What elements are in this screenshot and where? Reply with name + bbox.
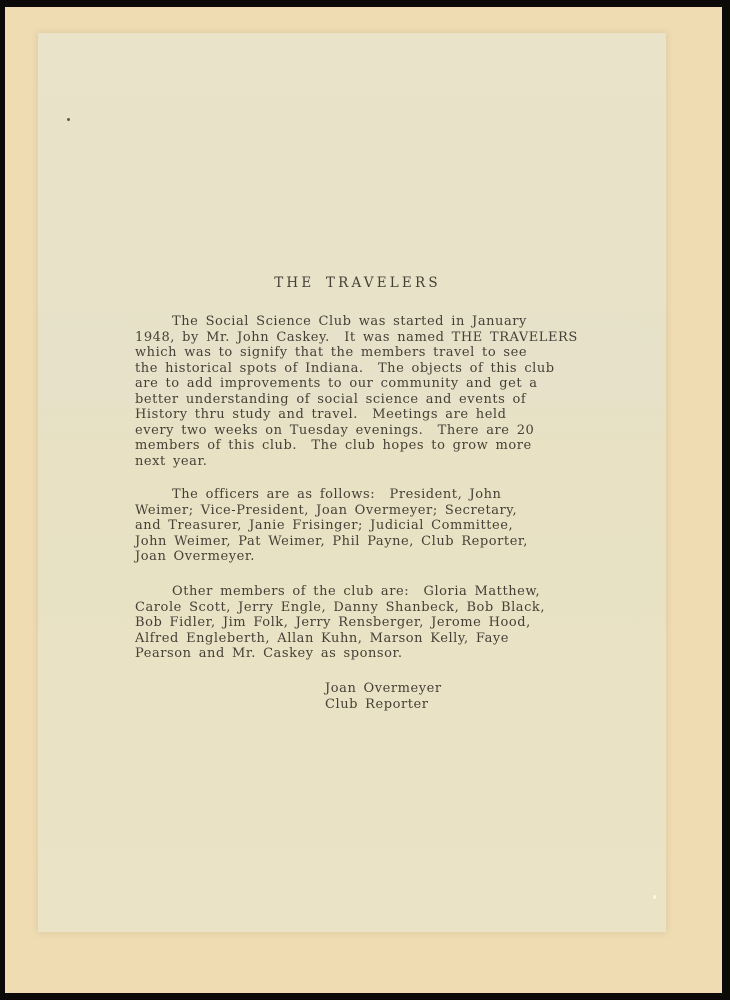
page-title: THE TRAVELERS <box>135 276 580 292</box>
paragraph-club-history: The Social Science Club was started in J… <box>135 314 595 469</box>
signature-block: Joan Overmeyer Club Reporter <box>325 681 442 712</box>
signature-name: Joan Overmeyer <box>325 681 442 697</box>
paper-speck-dark <box>67 118 70 121</box>
paragraph-officers: The officers are as follows: President, … <box>135 487 595 565</box>
signature-role: Club Reporter <box>325 697 442 713</box>
paper-speck-light <box>653 895 656 899</box>
paper-sheet <box>38 33 666 932</box>
paragraph-other-members: Other members of the club are: Gloria Ma… <box>135 584 595 662</box>
scanned-yearbook-page: THE TRAVELERS The Social Science Club wa… <box>0 0 730 1000</box>
